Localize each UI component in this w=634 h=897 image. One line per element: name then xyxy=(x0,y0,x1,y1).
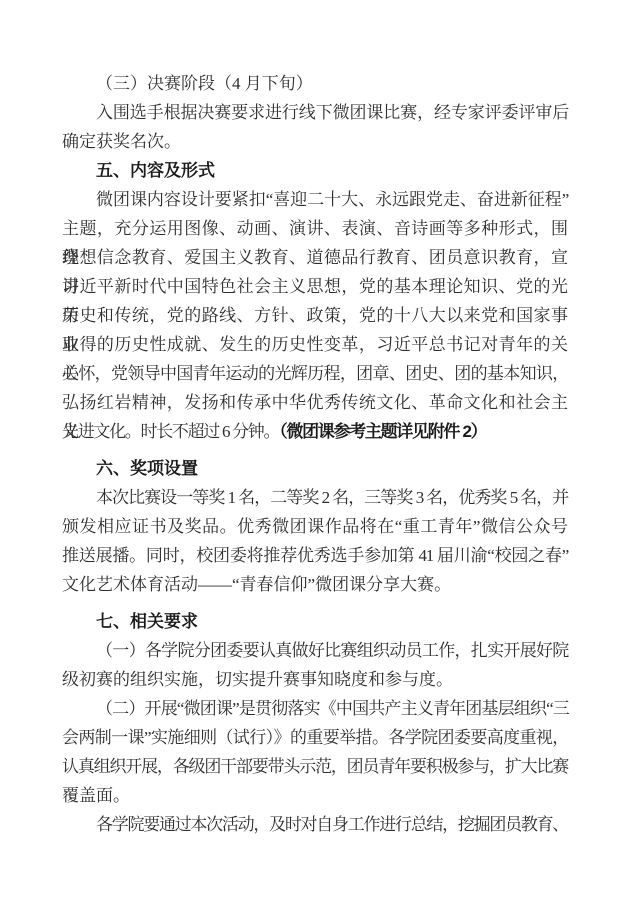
text-segment: （三）决赛阶段（4 月下旬） xyxy=(96,74,313,93)
doc-line: 入围选手根据决赛要求进行线下微团课比赛，经专家评委评审后 xyxy=(62,98,568,127)
text-segment: 确定获奖名次。 xyxy=(62,132,181,151)
section-heading: 七、相关要求 xyxy=(62,607,568,636)
text-segment: 七、相关要求 xyxy=(96,612,198,631)
bold-text-segment: （微团课参考主题详见附件 2） xyxy=(279,422,486,441)
doc-line: 历史和传统，党的路线、方针、政策，党的十八大以来党和国家事业 xyxy=(62,301,568,330)
doc-line: 级初赛的组织实施，切实提升赛事知晓度和参与度。 xyxy=(62,665,568,694)
document-text-block: （三）决赛阶段（4 月下旬）入围选手根据决赛要求进行线下微团课比赛，经专家评委评… xyxy=(62,69,568,839)
text-segment: 覆盖面。 xyxy=(62,786,130,805)
text-segment: 六、奖项设置 xyxy=(96,459,198,478)
text-segment: 颁发相应证书及奖品。优秀微团课作品将在“重工青年”微信公众号 xyxy=(62,517,568,536)
text-segment: 微团课内容设计要紧扣“喜迎二十大、永远跟党走、奋进新征程” xyxy=(96,190,568,209)
doc-line: 颁发相应证书及奖品。优秀微团课作品将在“重工青年”微信公众号 xyxy=(62,512,568,541)
text-segment: 五、内容及形式 xyxy=(96,161,215,180)
doc-line: 确定获奖名次。 xyxy=(62,127,568,156)
doc-line: 本次比赛设一等奖 1 名，二等奖 2 名，三等奖 3 名，优秀奖 5 名，并 xyxy=(62,483,568,512)
text-segment: （一）各学院分团委要认真做好比赛组织动员工作，扎实开展好院 xyxy=(96,641,568,660)
doc-line: 取得的历史性成就、发生的历史性变革，习近平总书记对青年的关心 xyxy=(62,330,568,359)
section-heading: 六、奖项设置 xyxy=(62,454,568,483)
text-segment: 本次比赛设一等奖 1 名，二等奖 2 名，三等奖 3 名，优秀奖 5 名，并 xyxy=(96,488,568,507)
doc-line: （二）开展“微团课”是贯彻落实《中国共产主义青年团基层组织“三 xyxy=(62,694,568,723)
text-segment: 会两制一课”实施细则（试行）》的重要举措。各学院团委要高度重视， xyxy=(62,728,568,747)
document-page: （三）决赛阶段（4 月下旬）入围选手根据决赛要求进行线下微团课比赛，经专家评委评… xyxy=(0,0,634,897)
text-segment: 关怀，党领导中国青年运动的光辉历程，团章、团史、团的基本知识， xyxy=(62,364,568,383)
doc-line: 认真组织开展，各级团干部要带头示范，团员青年要积极参与，扩大比赛 xyxy=(62,752,568,781)
text-segment: 先进文化。时长不超过 6 分钟。 xyxy=(62,422,279,441)
doc-line: 习近平新时代中国特色社会主义思想，党的基本理论知识、党的光荣 xyxy=(62,272,568,301)
section-heading: 五、内容及形式 xyxy=(62,156,568,185)
text-segment: 认真组织开展，各级团干部要带头示范，团员青年要积极参与，扩大比赛 xyxy=(62,757,568,776)
doc-line: （三）决赛阶段（4 月下旬） xyxy=(62,69,568,98)
doc-line: 推送展播。同时，校团委将推荐优秀选手参加第 41 届川渝“校园之春” xyxy=(62,541,568,570)
doc-line: 各学院要通过本次活动，及时对自身工作进行总结，挖掘团员教育、 xyxy=(62,810,568,839)
text-segment: （二）开展“微团课”是贯彻落实《中国共产主义青年团基层组织“三 xyxy=(96,699,568,718)
text-segment: 级初赛的组织实施，切实提升赛事知晓度和参与度。 xyxy=(62,670,453,689)
doc-line: 先进文化。时长不超过 6 分钟。（微团课参考主题详见附件 2） xyxy=(62,417,568,446)
doc-line: 覆盖面。 xyxy=(62,781,568,810)
doc-line: 主题，充分运用图像、动画、演讲、表演、音诗画等多种形式，围绕 xyxy=(62,214,568,243)
doc-line: 文化艺术体育活动——“青春信仰”微团课分享大赛。 xyxy=(62,570,568,599)
text-segment: 入围选手根据决赛要求进行线下微团课比赛，经专家评委评审后 xyxy=(96,103,568,122)
doc-line: 关怀，党领导中国青年运动的光辉历程，团章、团史、团的基本知识， xyxy=(62,359,568,388)
text-segment: 推送展播。同时，校团委将推荐优秀选手参加第 41 届川渝“校园之春” xyxy=(62,546,568,565)
doc-line: 理想信念教育、爱国主义教育、道德品行教育、团员意识教育，宣讲 xyxy=(62,243,568,272)
doc-line: （一）各学院分团委要认真做好比赛组织动员工作，扎实开展好院 xyxy=(62,636,568,665)
doc-line: 微团课内容设计要紧扣“喜迎二十大、永远跟党走、奋进新征程” xyxy=(62,185,568,214)
doc-line: 弘扬红岩精神，发扬和传承中华优秀传统文化、革命文化和社会主义 xyxy=(62,388,568,417)
text-segment: 文化艺术体育活动——“青春信仰”微团课分享大赛。 xyxy=(62,575,451,594)
text-segment: 各学院要通过本次活动，及时对自身工作进行总结，挖掘团员教育、 xyxy=(96,815,568,834)
doc-line: 会两制一课”实施细则（试行）》的重要举措。各学院团委要高度重视， xyxy=(62,723,568,752)
